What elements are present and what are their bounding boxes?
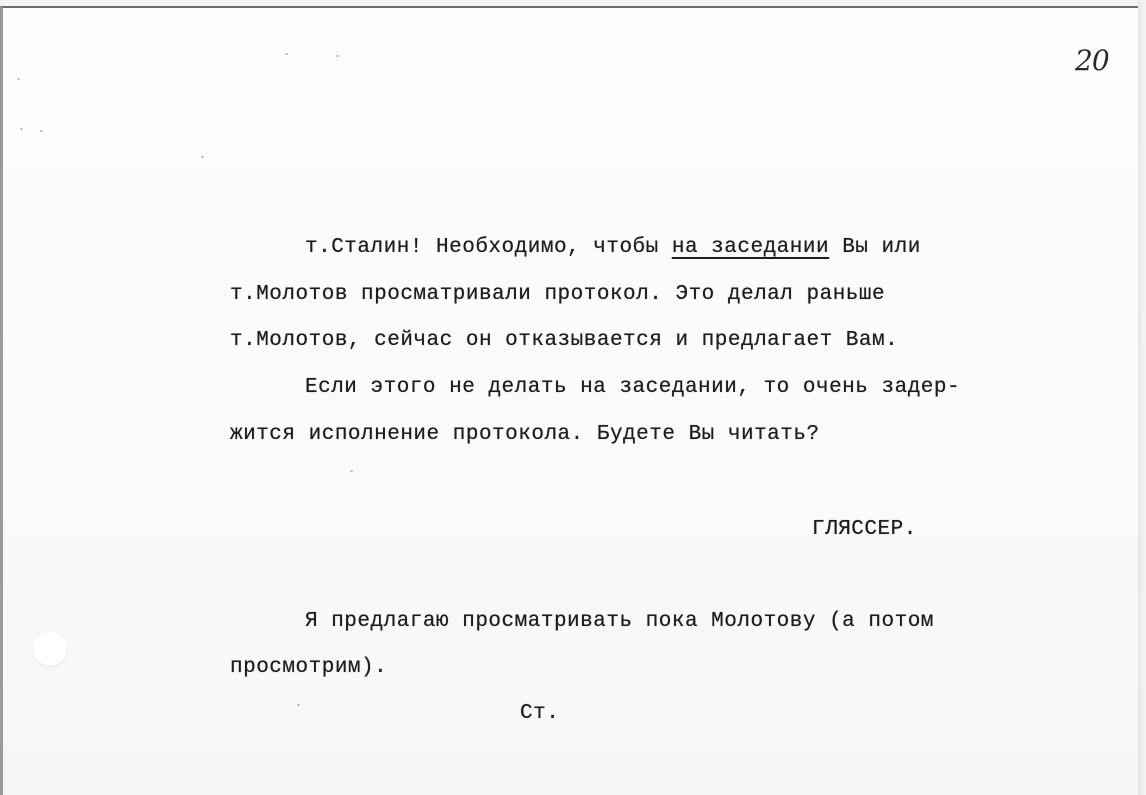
paragraph3-line2: просмотрим).	[230, 656, 387, 679]
speck	[336, 55, 339, 57]
text-segment: Вы или	[829, 236, 921, 259]
paragraph1-line2: т.Молотов просматривали протокол. Это де…	[230, 283, 885, 306]
speck	[285, 53, 288, 55]
page-edge	[1138, 0, 1146, 795]
paragraph1-line1: т.Сталин! Необходимо, чтобы на заседании…	[305, 236, 921, 259]
text-segment: т.Сталин! Необходимо, чтобы	[305, 236, 672, 259]
speck	[20, 128, 23, 130]
page-number: 20	[1075, 44, 1109, 77]
paragraph2-line1: Если этого не делать на заседании, то оч…	[305, 376, 960, 399]
paragraph2-line2: жится исполнение протокола. Будете Вы чи…	[230, 423, 820, 446]
speck	[17, 78, 20, 80]
speck	[40, 130, 43, 132]
speck	[297, 704, 300, 706]
signature-glyasser: ГЛЯССЕР.	[812, 518, 917, 541]
signature-st: Ст.	[520, 702, 559, 725]
hole-punch	[33, 632, 67, 666]
paragraph1-line3: т.Молотов, сейчас он отказывается и пред…	[230, 329, 898, 352]
underlined-phrase: на заседании	[672, 236, 829, 259]
document-page	[0, 6, 1138, 795]
speck	[201, 156, 204, 158]
paragraph3-line1: Я предлагаю просматривать пока Молотову …	[305, 610, 934, 633]
speck	[350, 470, 353, 472]
